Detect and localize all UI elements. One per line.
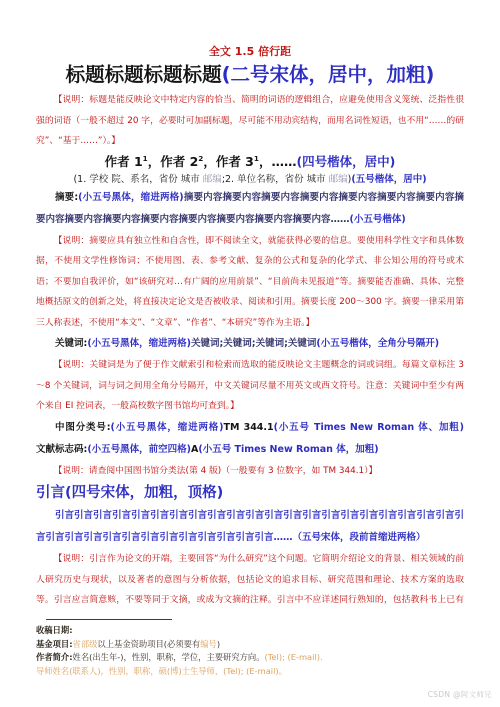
note-clc-span-0: 【说明：请查阅中国图书馆分类法(第 4 版)（一般要有 3 位数字，如 TM 3… [54, 466, 378, 476]
note-abstract: 【说明：摘要应具有独立性和自含性，即不阅读全文，就能获得必要的信息。要使用科学性… [36, 231, 464, 334]
authors-line-span-7: (四号楷体，居中) [296, 154, 395, 169]
line-spacing-note-span-0: 全文 1.5 倍行距 [209, 45, 291, 58]
footnote-supervisor-bio: 导师姓名(联系人)，性别，职称，硕(博)士生导师，(Tel); (E-mail)… [36, 665, 464, 679]
affiliation-line-span-2: ;2. 单位名称，省份 城市 [222, 174, 329, 185]
affiliation-line-span-1: 邮编 [203, 174, 222, 185]
clc-line-span-4 [464, 422, 493, 433]
authors-line: 作者 11，作者 22，作者 31，……(四号楷体，居中) [36, 152, 464, 172]
clc-line-span-0: 中图分类号: [55, 422, 111, 433]
note-clc: 【说明：请查阅中国图书馆分类法(第 4 版)（一般要有 3 位数字，如 TM 3… [36, 461, 464, 482]
keywords-line-span-3: (小五号楷体，全角分号隔开) [316, 338, 439, 349]
keywords-line-span-0: 关键词: [55, 338, 87, 349]
footnote-fund-project-span-3: 编号 [200, 639, 217, 649]
note-title-span-0: 【说明：标题是能反映论文中特定内容的恰当、简明的词语的逻辑组合，应避免使用含义笼… [36, 95, 464, 146]
intro-paragraph-span-1: （五号宋体，段前首缩进两格） [293, 532, 426, 543]
authors-line-span-2: ，作者 2 [148, 154, 199, 169]
abstract-paragraph-span-3: (小五号楷体) [350, 214, 406, 225]
clc-line-span-3: (小五号 Times New Roman 体、加粗) [274, 422, 464, 433]
footnote-supervisor-bio-span-0: 导师姓名(联系人)，性别，职称，硕(博)士生导师，(Tel); (E-mail)… [36, 666, 287, 676]
affiliation-line-span-0: (1. 学校 院、系名，省份 城市 [73, 174, 202, 185]
note-intro-span-0: 【说明：引言作为论文的开端，主要回答“为什么研究”这个问题。它简明介绍论文的背景… [36, 554, 464, 612]
abstract-paragraph: 摘要:(小五号黑体，缩进两格)摘要内容摘要内容摘要内容摘要内容摘要内容摘要内容摘… [36, 187, 464, 231]
affiliation-line: (1. 学校 院、系名，省份 城市 邮编;2. 单位名称，省份 城市 邮编)(五… [36, 172, 464, 187]
footnote-fund-project-span-1: 省部级 [73, 639, 98, 649]
intro-paragraph: 引言引言引言引言引言引言引言引言引言引言引言引言引言引言引言引言引言引言引言引言… [36, 505, 464, 549]
intro-heading-span-0: 引言(四号宋体，加粗，顶格) [36, 485, 223, 501]
clc-line-span-1: (小五号黑体，缩进两格) [111, 422, 224, 433]
note-keywords: 【说明：关键词是为了便于作文献索引和检索而选取的能反映论文主题概念的词或词组。每… [36, 355, 464, 417]
footnote-fund-project-span-4: ) [217, 639, 220, 649]
authors-line-span-0: 作者 1 [105, 154, 143, 169]
keywords-line: 关键词:(小五号黑体，缩进两格)关键词;关键词;关键词;关键词(小五号楷体，全角… [36, 333, 464, 355]
clc-line-span-2: TM 344.1 [224, 422, 274, 433]
note-title: 【说明：标题是能反映论文中特定内容的恰当、简明的词语的逻辑组合，应避免使用含义笼… [36, 90, 464, 152]
footnote-author-bio-span-1: 姓名(出生年-)，性别，职称，学位，主要研究方向。 [73, 652, 265, 662]
footnote-fund-project-span-0: 基金项目: [36, 639, 73, 649]
affiliation-line-span-5: (五号楷体，居中) [351, 174, 426, 185]
authors-line-span-6: ，…… [259, 154, 297, 169]
footnote-fund-project: 基金项目:省部级以上基金资助项目(必须要有编号) [36, 638, 464, 652]
authors-line-span-4: ，作者 3 [203, 154, 254, 169]
paper-title-span-0: 标题标题标题标题 [66, 63, 222, 86]
line-spacing-note: 全文 1.5 倍行距 [36, 44, 464, 60]
footnote-received-date: 收稿日期: [36, 624, 464, 638]
abstract-paragraph-span-0: 摘要: [55, 192, 78, 203]
document-content: 全文 1.5 倍行距标题标题标题标题(二号宋体，居中，加粗)【说明：标题是能反映… [36, 44, 464, 678]
intro-heading: 引言(四号宋体，加粗，顶格) [36, 481, 464, 505]
footnote-received-date-span-0: 收稿日期: [36, 625, 73, 635]
abstract-paragraph-span-1: (小五号黑体，缩进两格) [78, 192, 184, 203]
footnote-author-bio-span-0: 作者简介: [36, 652, 73, 662]
clc-line-span-5: 文献标志码: [36, 444, 87, 455]
keywords-line-span-1: (小五号黑体，缩进两格) [87, 338, 191, 349]
clc-line-span-8: (小五号 Times New Roman 体，加粗) [198, 444, 378, 455]
paper-title: 标题标题标题标题(二号宋体，居中，加粗) [36, 60, 464, 90]
footnote-fund-project-span-2: 以上基金资助项目(必须要有 [97, 639, 200, 649]
keywords-line-span-2: 关键词;关键词;关键词;关键词 [191, 338, 316, 349]
clc-line: 中图分类号:(小五号黑体，缩进两格)TM 344.1(小五号 Times New… [36, 417, 464, 461]
note-intro: 【说明：引言作为论文的开端，主要回答“为什么研究”这个问题。它简明介绍论文的背景… [36, 549, 464, 612]
clc-line-span-6: (小五号黑体，前空四格) [87, 444, 191, 455]
affiliation-line-span-3: 邮编 [329, 174, 348, 185]
csdn-watermark: CSDN @阿文师兄 [428, 689, 492, 700]
note-keywords-span-0: 【说明：关键词是为了便于作文献索引和检索而选取的能反映论文主题概念的词或词组。每… [36, 360, 464, 411]
paper-title-span-1: (二号宋体，居中，加粗) [222, 63, 435, 86]
document-page: 全文 1.5 倍行距标题标题标题标题(二号宋体，居中，加粗)【说明：标题是能反映… [0, 0, 500, 707]
footnote-author-bio: 作者简介:姓名(出生年-)，性别，职称，学位，主要研究方向。(Tel); (E-… [36, 651, 464, 665]
footnote-rule [46, 619, 172, 620]
note-abstract-span-0: 【说明：摘要应具有独立性和自含性，即不阅读全文，就能获得必要的信息。要使用科学性… [36, 236, 464, 328]
footnote-author-bio-span-2: (Tel); (E-mail). [265, 652, 323, 662]
